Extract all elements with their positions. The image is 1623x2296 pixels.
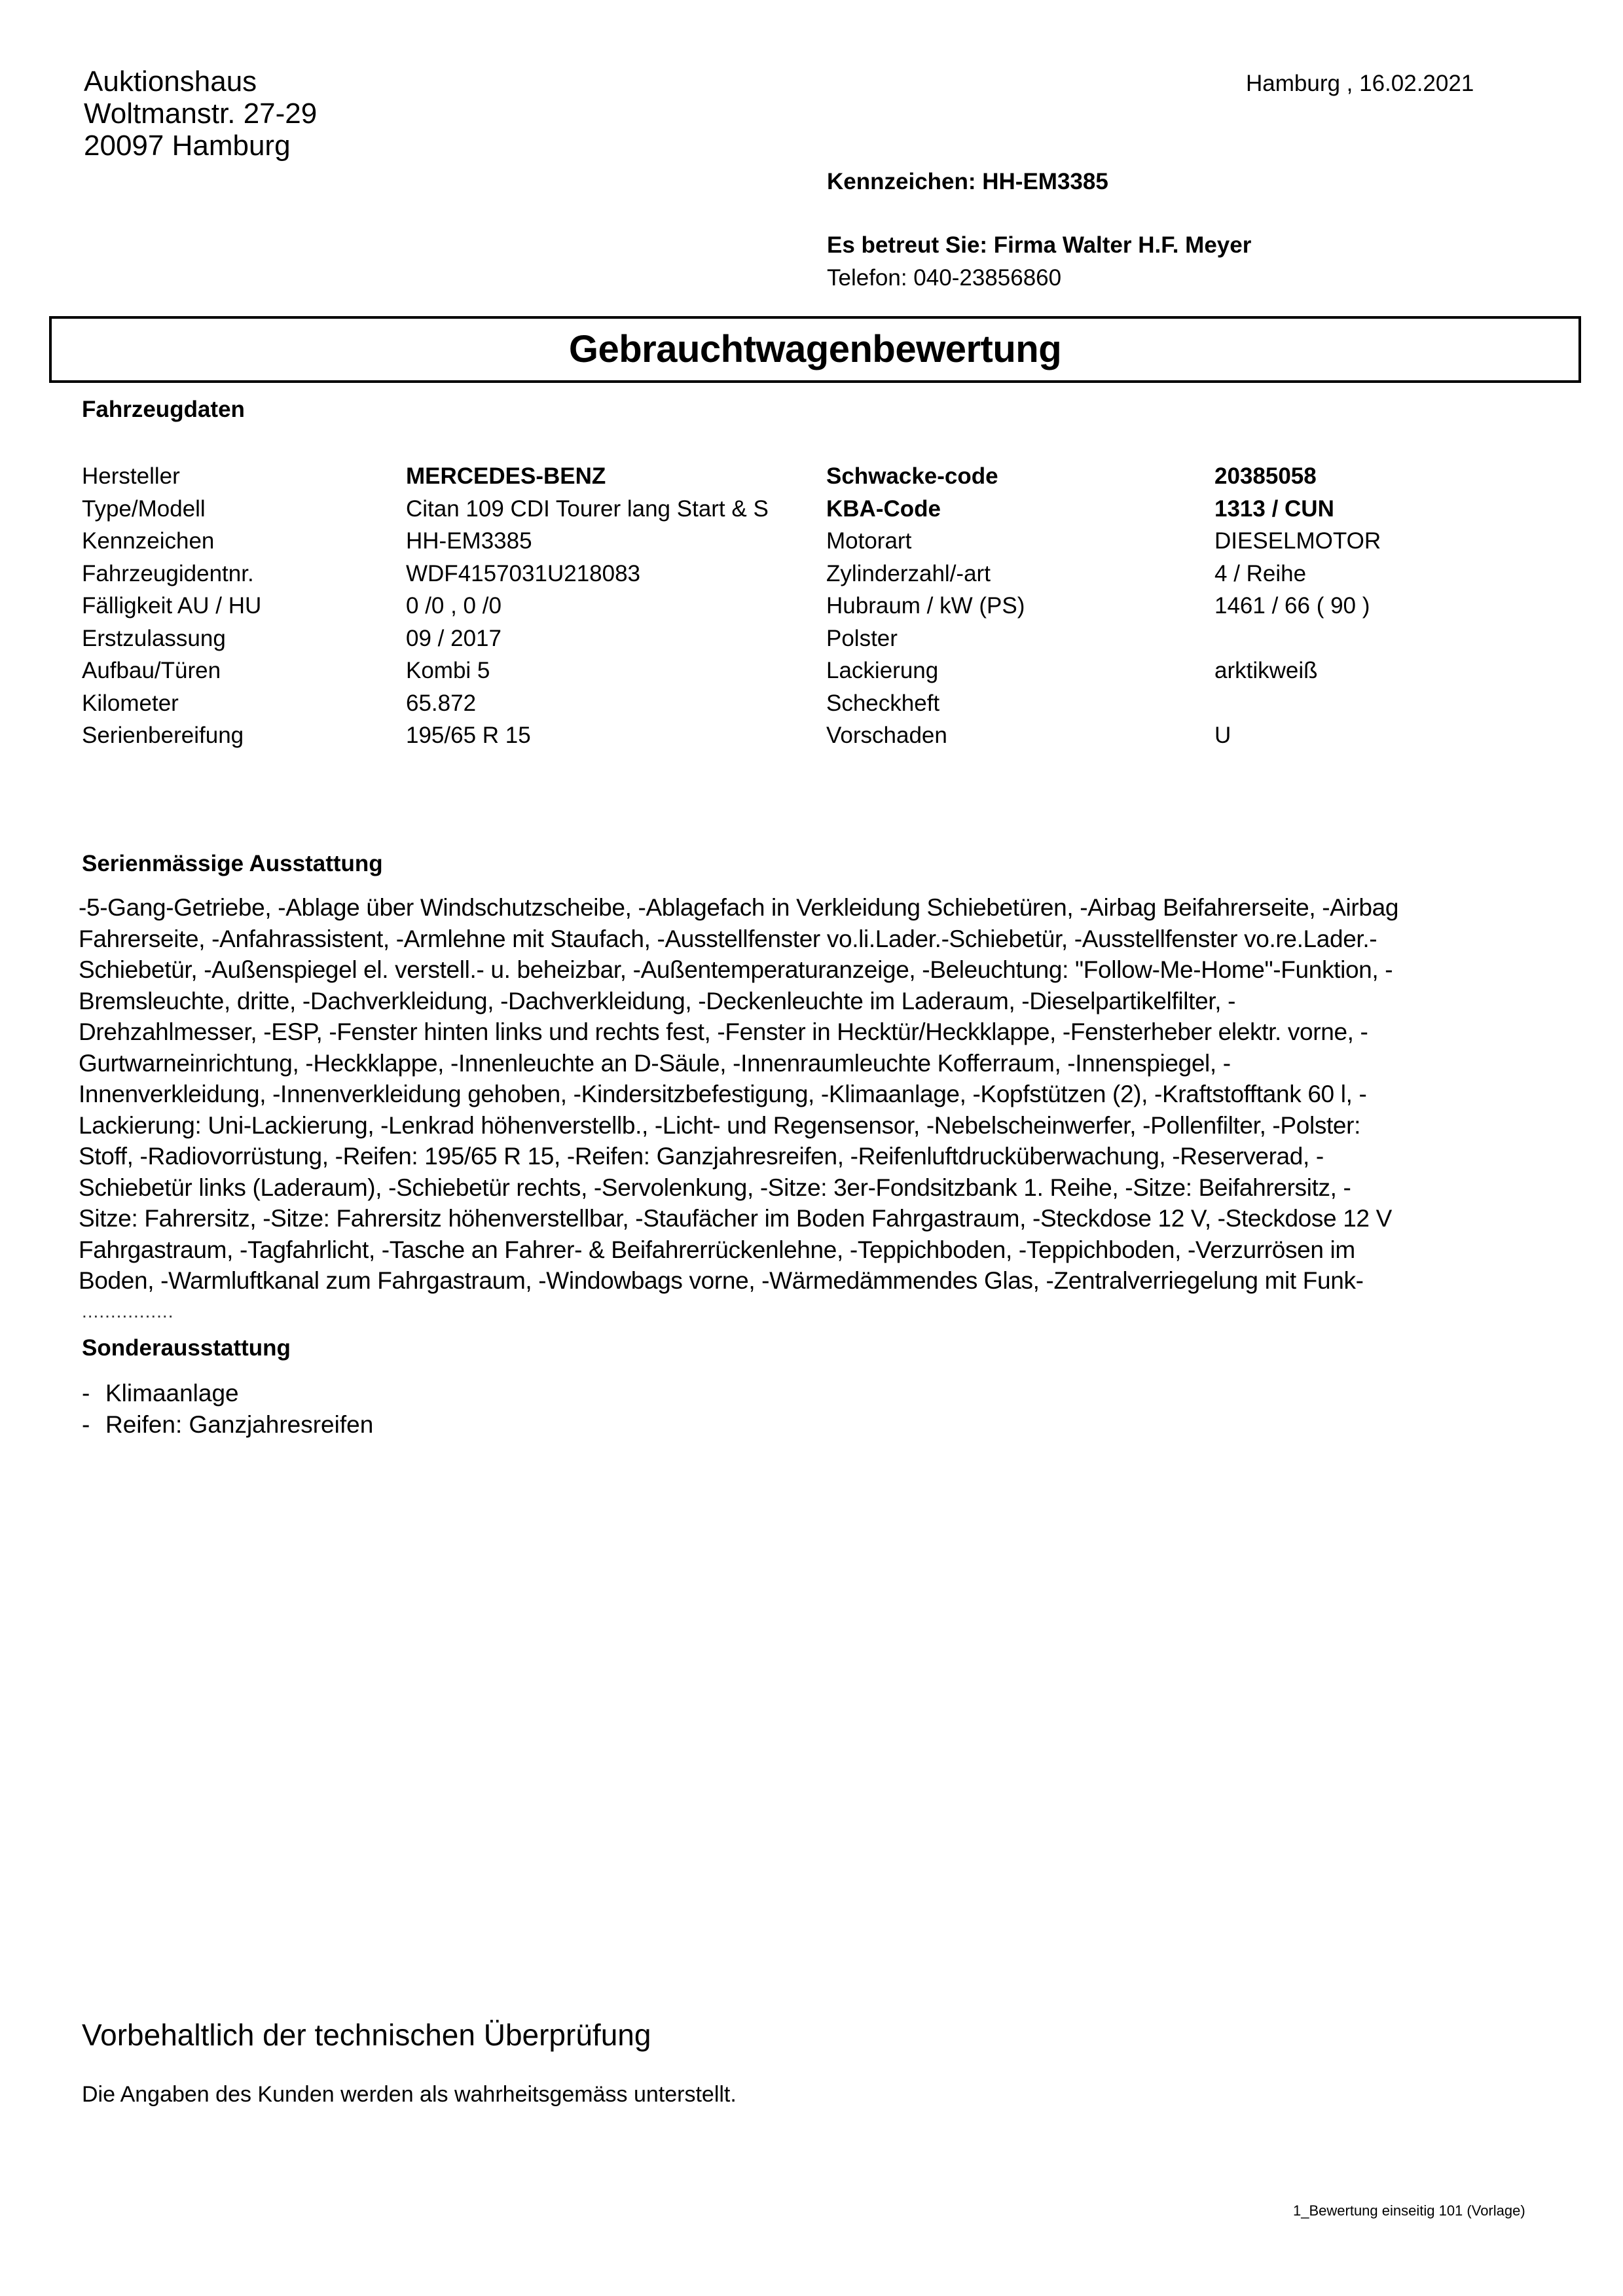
data-label: Fälligkeit AU / HU	[82, 590, 261, 622]
data-value: MERCEDES-BENZ	[406, 460, 606, 493]
data-label: Scheckheft	[826, 687, 939, 720]
data-label: Lackierung	[826, 655, 938, 687]
place-date: Hamburg , 16.02.2021	[1246, 71, 1474, 97]
data-value: 1461 / 66 ( 90 )	[1214, 590, 1370, 622]
title-box: Gebrauchtwagenbewertung	[49, 316, 1581, 383]
data-row: Kennzeichen HH-EM3385 Motorart DIESELMOT…	[82, 525, 1588, 558]
list-item-label: Reifen: Ganzjahresreifen	[105, 1411, 373, 1438]
data-row: Aufbau/Türen Kombi 5 Lackierung arktikwe…	[82, 655, 1588, 687]
disclaimer-customer-info: Die Angaben des Kunden werden als wahrhe…	[82, 2082, 737, 2108]
data-label: Kilometer	[82, 687, 179, 720]
data-value: 4 / Reihe	[1214, 558, 1306, 590]
data-label: Kennzeichen	[82, 525, 214, 558]
bullet-dash: -	[82, 1409, 105, 1441]
license-plate-header: Kennzeichen: HH-EM3385	[827, 169, 1108, 195]
contact-person: Es betreut Sie: Firma Walter H.F. Meyer	[827, 232, 1251, 259]
page-title: Gebrauchtwagenbewertung	[52, 319, 1578, 380]
data-value: HH-EM3385	[406, 525, 532, 558]
sender-street: Woltmanstr. 27-29	[84, 98, 317, 130]
data-label: Serienbereifung	[82, 719, 244, 752]
sender-city: 20097 Hamburg	[84, 130, 317, 162]
data-value: Kombi 5	[406, 655, 490, 687]
data-row: Fahrzeugidentnr. WDF4157031U218083 Zylin…	[82, 558, 1588, 590]
data-value: arktikweiß	[1214, 655, 1318, 687]
data-label: Erstzulassung	[82, 622, 226, 655]
data-row: Type/Modell Citan 109 CDI Tourer lang St…	[82, 493, 1588, 526]
bullet-dash: -	[82, 1378, 105, 1409]
standard-equipment-text: -5-Gang-Getriebe, -Ablage über Windschut…	[79, 892, 1597, 1297]
data-value: Citan 109 CDI Tourer lang Start & S	[406, 493, 769, 526]
data-label: Aufbau/Türen	[82, 655, 221, 687]
equipment-line: Lackierung: Uni-Lackierung, -Lenkrad höh…	[79, 1110, 1597, 1141]
template-reference: 1_Bewertung einseitig 101 (Vorlage)	[1293, 2202, 1525, 2219]
equipment-line: Boden, -Warmluftkanal zum Fahrgastraum, …	[79, 1265, 1597, 1297]
data-label: Fahrzeugidentnr.	[82, 558, 254, 590]
equipment-line: Fahrerseite, -Anfahrassistent, -Armlehne…	[79, 924, 1597, 955]
equipment-line: Sitze: Fahrersitz, -Sitze: Fahrersitz hö…	[79, 1203, 1597, 1234]
list-item: -Klimaanlage	[82, 1378, 373, 1409]
data-label: Schwacke-code	[826, 460, 998, 493]
equipment-line: Innenverkleidung, -Innenverkleidung geho…	[79, 1079, 1597, 1110]
data-value: 09 / 2017	[406, 622, 501, 655]
data-row: Erstzulassung 09 / 2017 Polster	[82, 622, 1588, 655]
data-label: Type/Modell	[82, 493, 206, 526]
optional-equipment-list: -Klimaanlage -Reifen: Ganzjahresreifen	[82, 1378, 373, 1441]
data-value: 1313 / CUN	[1214, 493, 1334, 526]
disclaimer-technical-check: Vorbehaltlich der technischen Überprüfun…	[82, 2017, 651, 2053]
data-row: Kilometer 65.872 Scheckheft	[82, 687, 1588, 720]
data-label: Hubraum / kW (PS)	[826, 590, 1025, 622]
data-label: Polster	[826, 622, 898, 655]
sender-address: Auktionshaus Woltmanstr. 27-29 20097 Ham…	[84, 65, 317, 162]
data-value: 0 /0 , 0 /0	[406, 590, 501, 622]
equipment-line: Drehzahlmesser, -ESP, -Fenster hinten li…	[79, 1016, 1597, 1048]
optional-equipment-heading: Sonderausstattung	[82, 1335, 291, 1361]
equipment-line: -5-Gang-Getriebe, -Ablage über Windschut…	[79, 892, 1597, 924]
data-label: Motorart	[826, 525, 911, 558]
data-value: DIESELMOTOR	[1214, 525, 1381, 558]
data-row: Fälligkeit AU / HU 0 /0 , 0 /0 Hubraum /…	[82, 590, 1588, 622]
data-value: 65.872	[406, 687, 476, 720]
equipment-line: Stoff, -Radiovorrüstung, -Reifen: 195/65…	[79, 1141, 1597, 1172]
list-item: -Reifen: Ganzjahresreifen	[82, 1409, 373, 1441]
equipment-line: Fahrgastraum, -Tagfahrlicht, -Tasche an …	[79, 1234, 1597, 1266]
contact-phone: Telefon: 040-23856860	[827, 265, 1061, 291]
equipment-line: Gurtwarneinrichtung, -Heckklappe, -Innen…	[79, 1048, 1597, 1079]
equipment-line: Schiebetür links (Laderaum), -Schiebetür…	[79, 1172, 1597, 1204]
data-label: Hersteller	[82, 460, 180, 493]
data-row: Hersteller MERCEDES-BENZ Schwacke-code 2…	[82, 460, 1588, 493]
data-value: U	[1214, 719, 1231, 752]
data-value: 20385058	[1214, 460, 1317, 493]
list-item-label: Klimaanlage	[105, 1380, 239, 1407]
data-label: KBA-Code	[826, 493, 941, 526]
vehicle-data-table: Hersteller MERCEDES-BENZ Schwacke-code 2…	[82, 460, 1588, 752]
data-row: Serienbereifung 195/65 R 15 Vorschaden U	[82, 719, 1588, 752]
equipment-line: Bremsleuchte, dritte, -Dachverkleidung, …	[79, 986, 1597, 1017]
equipment-line: Schiebetür, -Außenspiegel el. verstell.-…	[79, 954, 1597, 986]
sender-name: Auktionshaus	[84, 65, 317, 98]
data-label: Zylinderzahl/-art	[826, 558, 991, 590]
data-value: WDF4157031U218083	[406, 558, 640, 590]
vehicle-data-heading: Fahrzeugdaten	[82, 397, 245, 423]
truncation-ellipsis: ................	[82, 1301, 173, 1322]
standard-equipment-heading: Serienmässige Ausstattung	[82, 851, 383, 877]
data-label: Vorschaden	[826, 719, 947, 752]
data-value: 195/65 R 15	[406, 719, 531, 752]
